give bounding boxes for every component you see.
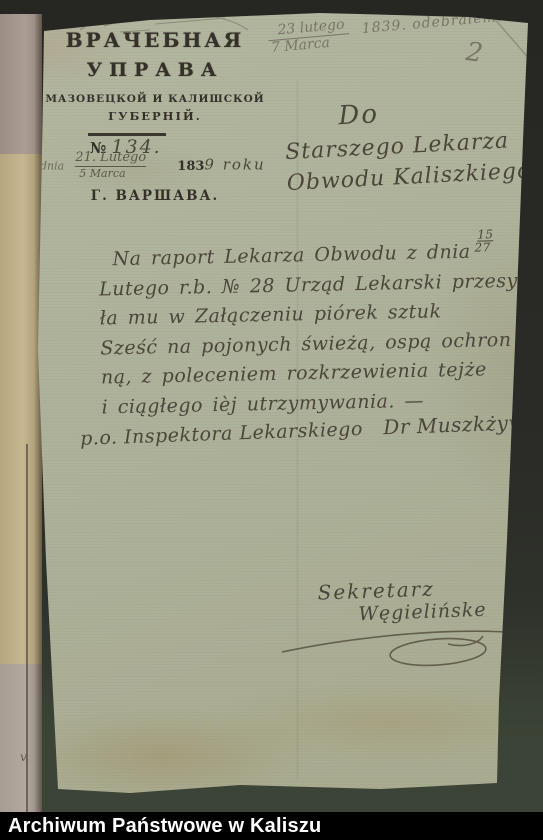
address-line2: Starszego Lekarza [285, 128, 521, 165]
receipt-year-note: 1839. odebrałem. [361, 9, 503, 37]
year-printed: 183 [177, 159, 204, 174]
letterhead: ВРАЧЕБНАЯ УПРАВА МАЗОВЕЦКОЙ И КАЛИШСКОЙ … [40, 28, 270, 136]
date-word: dnia [40, 160, 64, 173]
body-line1-text: Na raport Lekarza Obwodu z dnia [112, 241, 471, 270]
letterhead-subtitle-line2: ГУБЕРНІЙ. [40, 109, 270, 123]
document-page: 23 lutego 7 Marca 1839. odebrałem. 2 ВРА… [0, 0, 543, 812]
letter-body: Na raport Lekarza Obwodu z dnia1527 Lute… [98, 234, 532, 423]
pencil-margin-mark: v. [20, 750, 29, 764]
date-new-style: 5 Marca [75, 167, 146, 180]
letterhead-title-line2: УПРАВА [40, 59, 270, 81]
signature-flourish [278, 614, 518, 674]
address-line3: Obwodu Kaliszkiego [286, 159, 522, 196]
archive-footer-bar: Archiwum Państwowe w Kaliszu [0, 812, 543, 840]
address-line1: Do [338, 92, 519, 131]
year-handwritten: 9 roku [204, 156, 265, 174]
pencil-page-number: 2 [464, 37, 485, 69]
archive-name-label: Archiwum Państwowe w Kaliszu [0, 815, 321, 838]
archive-scan-viewer: v. 23 lutego 7 Marca 1839. odebra [0, 0, 543, 840]
document-date-line: dnia 21. Lutego 5 Marca 1839 roku [40, 150, 266, 180]
corner-fold-crease [480, 10, 540, 70]
letterhead-city: Г. ВАРШАВА. [40, 188, 270, 204]
inspector-title: p.o. Inspektora Lekarskiego [80, 418, 363, 450]
book-binding-edge [0, 14, 42, 812]
date-fraction: 21. Lutego 5 Marca [75, 150, 146, 180]
body-date-old-style: 15 [477, 228, 494, 241]
inspector-signature: Dr Muszkżywałty [383, 409, 543, 439]
receipt-date-fraction: 23 lutego 7 Marca [267, 17, 351, 57]
letterhead-subtitle-line1: МАЗОВЕЦКОЙ И КАЛИШСКОЙ [40, 93, 270, 105]
letterhead-title-line1: ВРАЧЕБНАЯ [40, 28, 270, 52]
body-date-fraction: 1527 [474, 228, 491, 253]
address-block: Do Starszego Lekarza Obwodu Kaliszkiego [283, 92, 522, 196]
body-date-new-style: 27 [474, 241, 491, 253]
date-old-style: 21. Lutego [75, 150, 146, 167]
